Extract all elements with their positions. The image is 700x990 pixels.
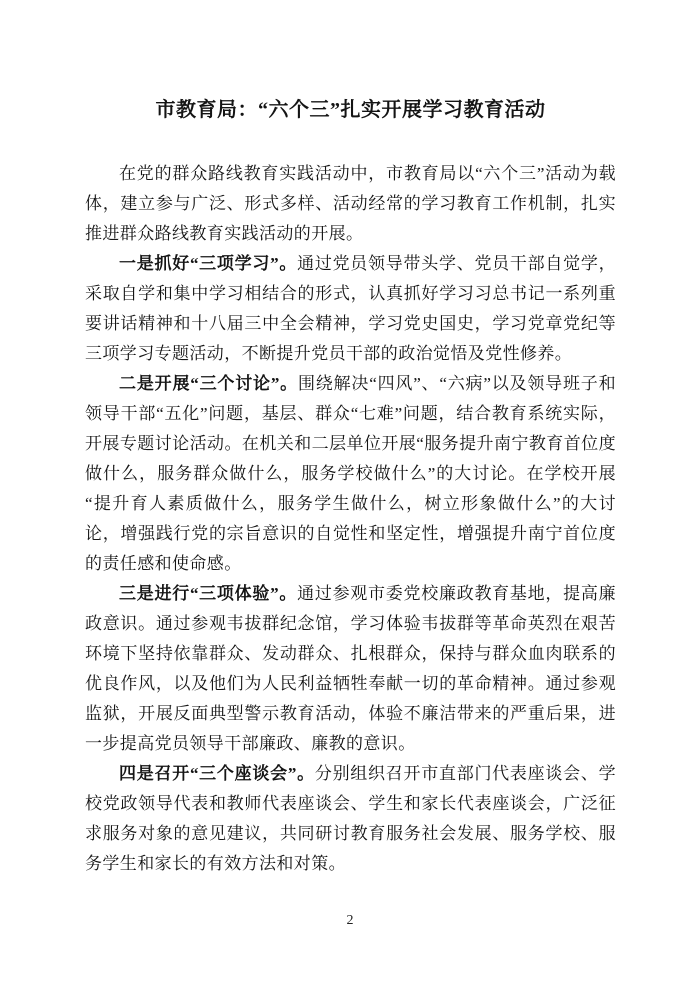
paragraph-point-3: 三是进行“三项体验”。通过参观市委党校廉政教育基地，提高廉政意识。通过参观韦拔群…: [85, 579, 616, 759]
paragraph-point-4: 四是召开“三个座谈会”。分别组织召开市直部门代表座谈会、学校党政领导代表和教师代…: [85, 759, 616, 879]
paragraph-text: 通过参观市委党校廉政教育基地，提高廉政意识。通过参观韦拔群纪念馆，学习体验韦拔群…: [85, 584, 616, 753]
paragraph-lead: 一是抓好“三项学习”。: [119, 254, 297, 273]
document-content: 市教育局：“六个三”扎实开展学习教育活动 在党的群众路线教育实践活动中，市教育局…: [85, 95, 616, 879]
paragraph-lead: 二是开展“三个讨论”。: [119, 374, 298, 393]
paragraph-text: 围绕解决“四风”、“六病”以及领导班子和领导干部“五化”问题，基层、群众“七难”…: [85, 374, 616, 573]
paragraph-point-1: 一是抓好“三项学习”。通过党员领导带头学、党员干部自觉学，采取自学和集中学习相结…: [85, 249, 616, 369]
paragraph-lead: 三是进行“三项体验”。: [119, 584, 297, 603]
paragraph-lead: 四是召开“三个座谈会”。: [119, 764, 315, 783]
paragraph-intro: 在党的群众路线教育实践活动中，市教育局以“六个三”活动为载体，建立参与广泛、形式…: [85, 159, 616, 249]
document-page: 市教育局：“六个三”扎实开展学习教育活动 在党的群众路线教育实践活动中，市教育局…: [0, 0, 700, 990]
paragraph-text: 在党的群众路线教育实践活动中，市教育局以“六个三”活动为载体，建立参与广泛、形式…: [85, 164, 616, 243]
paragraph-point-2: 二是开展“三个讨论”。围绕解决“四风”、“六病”以及领导班子和领导干部“五化”问…: [85, 369, 616, 579]
page-number: 2: [0, 913, 700, 929]
document-title: 市教育局：“六个三”扎实开展学习教育活动: [85, 95, 616, 125]
